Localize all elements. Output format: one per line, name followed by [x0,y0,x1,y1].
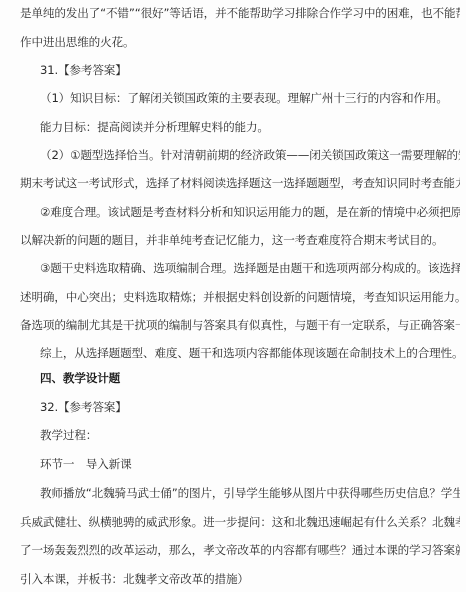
q31-point2-line: ②难度合理。该试题是考查材料分析和知识运用能力的题，是在新的情境中必须把原有知识… [40,204,460,220]
q32-stage1-title: 环节一 导入新课 [40,456,460,472]
section4-heading: 四、教学设计题 [40,370,460,386]
intro-paragraph-line: 作中进出思维的火花。 [20,34,460,50]
q31-knowledge-goal: （1）知识目标：了解闭关锁国政策的主要表现。理解广州十三行的内容和作用。 [40,90,460,106]
q31-ability-goal: 能力目标：提高阅读并分析理解史料的能力。 [40,119,460,135]
q32-process-label: 教学过程： [40,427,460,443]
q31-point1-line: （2）①题型选择恰当。针对清朝前期的经济政策——闭关锁国政策这一需要理解的知识内… [40,147,460,163]
q31-summary: 综上，从选择题题型、难度、题干和选项内容都能体现该题在命制技术上的合理性。 [40,345,460,361]
q31-point3-line: 备选项的编制尤其是干扰项的编制与答案具有似真性，与题干有一定联系，与正确答案一样… [20,317,460,333]
q32-stage1-line: 引入本课，并板书：北魏孝文帝改革的措施） [20,571,460,587]
q32-stage1-line: 了一场轰轰烈烈的改革运动，那么，孝文帝改革的内容都有哪些？通过本课的学习答案就会… [20,542,460,558]
q31-heading: 31.【参考答案】 [40,62,460,78]
q32-heading: 32.【参考答案】 [40,399,460,415]
q31-point1-line: 期末考试这一考试形式，选择了材料阅读选择题这一选择题题型，考查知识同时考查能力，… [20,175,460,191]
q31-point3-line: ③题干史料选取精确、选项编制合理。选择题是由题干和选项两部分构成的。该选择题的题… [40,260,460,276]
q31-point2-line: 以解决新的问题的题目，并非单纯考查记忆能力，这一考查难度符合期末考试目的。 [20,232,460,248]
q32-stage1-line: 兵威武健壮、纵横驰骋的威武形象。进一步提问：这和北魏迅速崛起有什么关系？北魏孝文… [20,514,460,530]
q32-stage1-line: 教师播放“北魏骑马武士俑”的图片，引导学生能够从图片中获得哪些历史信息？学生回答… [40,485,460,501]
q31-point3-line: 述明确，中心突出；史料选取精炼；并根据史料创设新的问题情境，考查知识运用能力。同… [20,289,460,305]
intro-paragraph-line: 是单纯的发出了“不错”“很好”等话语，并不能帮助学习排除合作学习中的困难，也不能… [20,5,460,21]
document-page: 是单纯的发出了“不错”“很好”等话语，并不能帮助学习排除合作学习中的困难，也不能… [0,0,466,592]
